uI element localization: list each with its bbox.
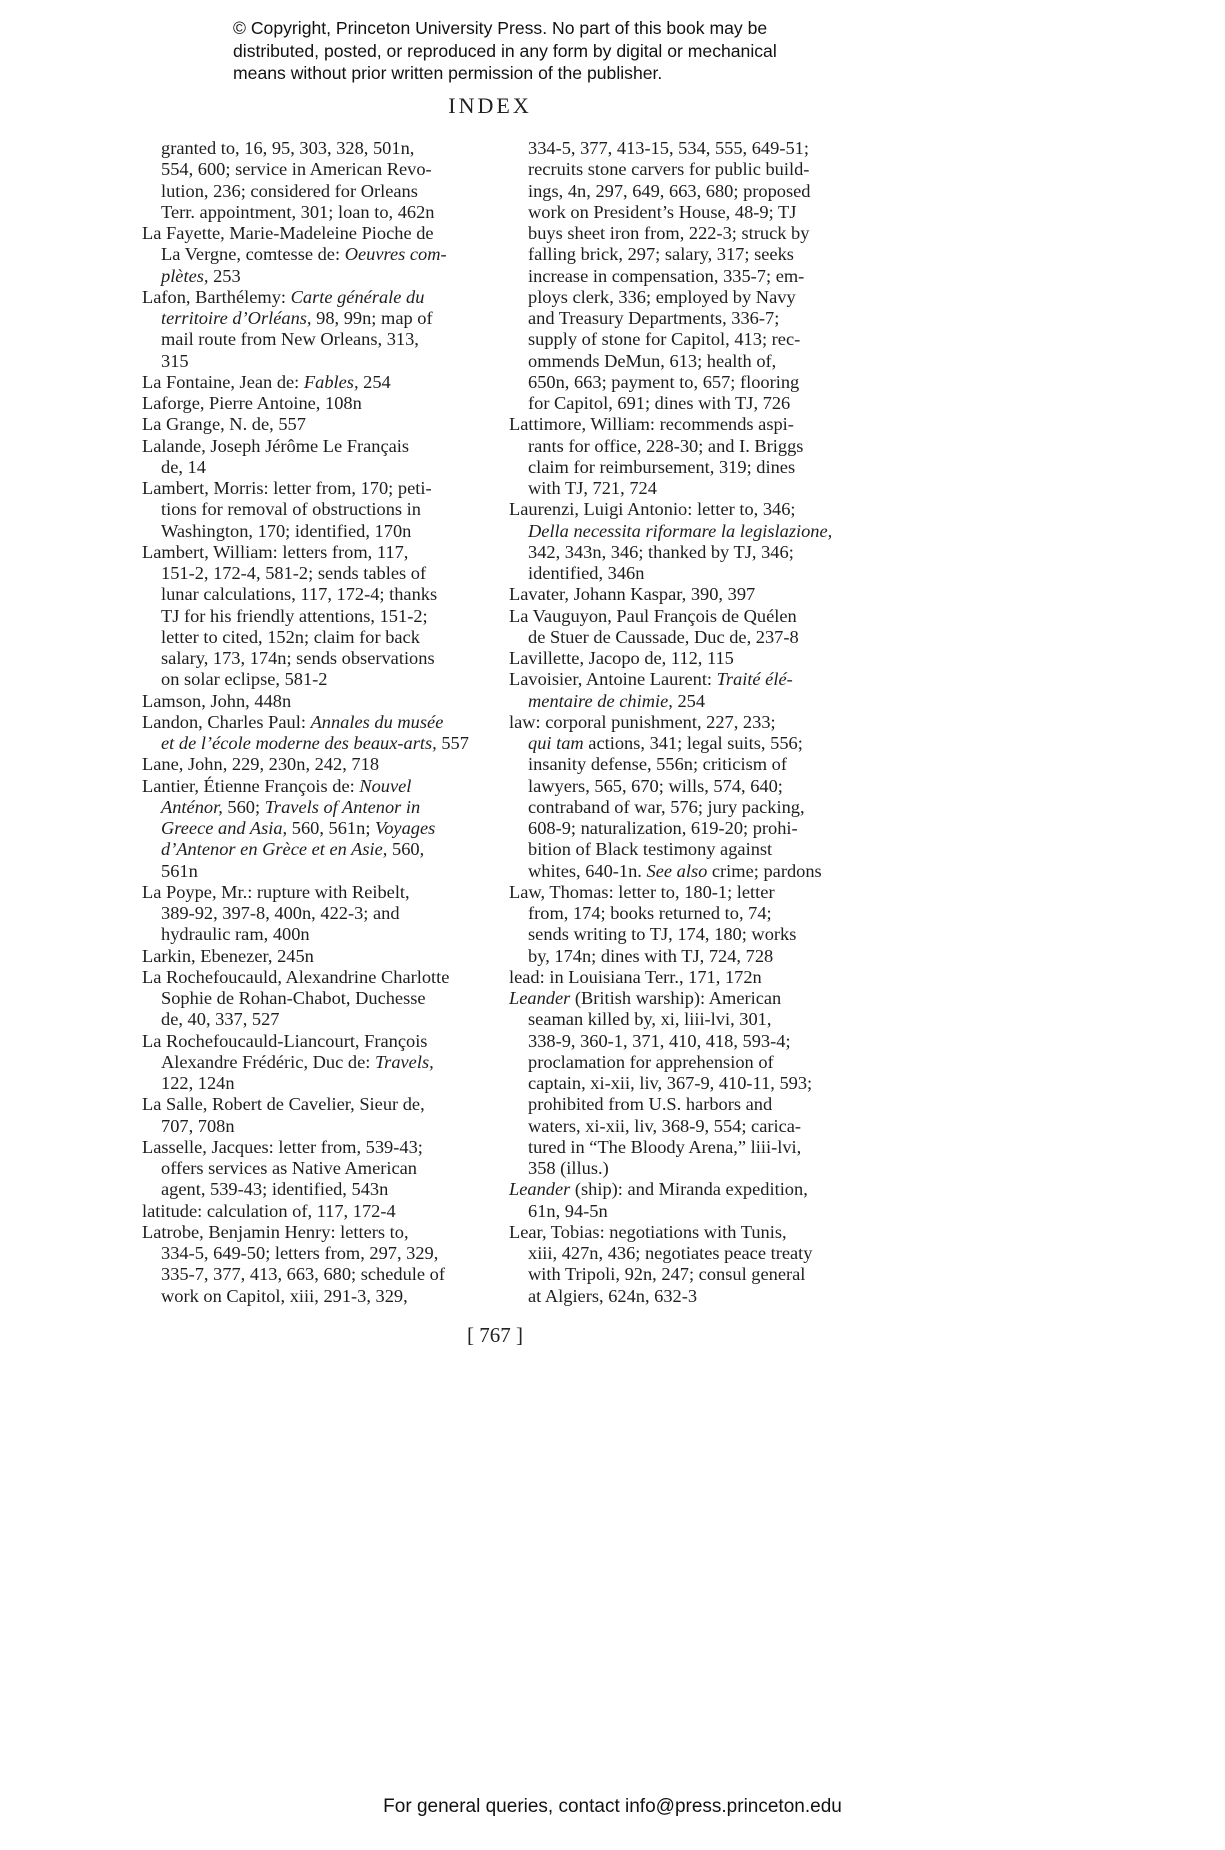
copyright-notice: © Copyright, Princeton University Press.…: [233, 17, 873, 85]
index-entry-line: Lattimore, William: recommends aspi-: [509, 414, 854, 435]
index-entry-line: law: corporal punishment, 227, 233;: [509, 712, 854, 733]
index-entry-line: qui tam actions, 341; legal suits, 556;: [528, 733, 854, 754]
index-entry-line: Sophie de Rohan-Chabot, Duchesse: [161, 988, 512, 1009]
index-entry-line: work on Capitol, xiii, 291-3, 329,: [161, 1286, 512, 1307]
index-entry-line: buys sheet iron from, 222-3; struck by: [528, 223, 854, 244]
index-entry-line: on solar eclipse, 581-2: [161, 669, 512, 690]
index-entry: Leander (British warship): Americanseama…: [509, 988, 854, 1179]
index-entry-line: with TJ, 721, 724: [528, 478, 854, 499]
index-entry: Lafon, Barthélemy: Carte générale duterr…: [142, 287, 512, 372]
index-entry: La Fayette, Marie-Madeleine Pioche deLa …: [142, 223, 512, 287]
index-entry-line: falling brick, 297; salary, 317; seeks: [528, 244, 854, 265]
index-entry-line: tured in “The Bloody Arena,” liii-lvi,: [528, 1137, 854, 1158]
index-entry: Lasselle, Jacques: letter from, 539-43;o…: [142, 1137, 512, 1201]
index-entry-line: at Algiers, 624n, 632-3: [528, 1286, 854, 1307]
index-entry-line: La Grange, N. de, 557: [142, 414, 512, 435]
index-entry: La Salle, Robert de Cavelier, Sieur de,7…: [142, 1094, 512, 1137]
index-entry-line: Leander (British warship): American: [509, 988, 854, 1009]
index-entry-line: waters, xi-xii, liv, 368-9, 554; carica-: [528, 1116, 854, 1137]
index-entry-line: La Fayette, Marie-Madeleine Pioche de: [142, 223, 512, 244]
index-entry-line: de, 14: [161, 457, 512, 478]
index-entry-line: La Vauguyon, Paul François de Quélen: [509, 606, 854, 627]
index-entry: La Rochefoucauld-Liancourt, FrançoisAlex…: [142, 1031, 512, 1095]
index-entry-line: 61n, 94-5n: [528, 1201, 854, 1222]
index-entry-line: TJ for his friendly attentions, 151-2;: [161, 606, 512, 627]
index-entry-line: xiii, 427n, 436; negotiates peace treaty: [528, 1243, 854, 1264]
index-entry: law: corporal punishment, 227, 233;qui t…: [509, 712, 854, 882]
index-entry-line: 650n, 663; payment to, 657; flooring: [528, 372, 854, 393]
index-entry: Lalande, Joseph Jérôme Le Françaisde, 14: [142, 436, 512, 479]
copyright-line: distributed, posted, or reproduced in an…: [233, 40, 873, 63]
index-entry: lead: in Louisiana Terr., 171, 172n: [509, 967, 854, 988]
index-entry: Lavillette, Jacopo de, 112, 115: [509, 648, 854, 669]
index-entry-line: work on President’s House, 48-9; TJ: [528, 202, 854, 223]
index-entry-line: from, 174; books returned to, 74;: [528, 903, 854, 924]
index-entry: Laforge, Pierre Antoine, 108n: [142, 393, 512, 414]
index-entry-line: 315: [161, 351, 512, 372]
index-entry-line: Larkin, Ebenezer, 245n: [142, 946, 512, 967]
index-entry-line: Latrobe, Benjamin Henry: letters to,: [142, 1222, 512, 1243]
copyright-line: © Copyright, Princeton University Press.…: [233, 17, 873, 40]
index-entry-line: 554, 600; service in American Revo-: [161, 159, 512, 180]
index-entry-line: Lamson, John, 448n: [142, 691, 512, 712]
index-entry-line: claim for reimbursement, 319; dines: [528, 457, 854, 478]
index-entry-line: bition of Black testimony against: [528, 839, 854, 860]
index-entry-line: mentaire de chimie, 254: [528, 691, 854, 712]
index-entry-line: Terr. appointment, 301; loan to, 462n: [161, 202, 512, 223]
index-entry-line: sends writing to TJ, 174, 180; works: [528, 924, 854, 945]
index-entry-line: contraband of war, 576; jury packing,: [528, 797, 854, 818]
index-entry-line: Washington, 170; identified, 170n: [161, 521, 512, 542]
index-entry: Lane, John, 229, 230n, 242, 718: [142, 754, 512, 775]
index-entry-line: 122, 124n: [161, 1073, 512, 1094]
index-entry-line: Lear, Tobias: negotiations with Tunis,: [509, 1222, 854, 1243]
index-entry-line: Greece and Asia, 560, 561n; Voyages: [161, 818, 512, 839]
index-entry-line: Lambert, Morris: letter from, 170; peti-: [142, 478, 512, 499]
index-entry-line: 358 (illus.): [528, 1158, 854, 1179]
index-entry: Larkin, Ebenezer, 245n: [142, 946, 512, 967]
index-entry-line: prohibited from U.S. harbors and: [528, 1094, 854, 1115]
index-entry-line: Landon, Charles Paul: Annales du musée: [142, 712, 512, 733]
index-column-left: granted to, 16, 95, 303, 328, 501n,554, …: [142, 138, 512, 1307]
index-entry: Lavoisier, Antoine Laurent: Traité élé-m…: [509, 669, 854, 712]
index-entry-line: La Salle, Robert de Cavelier, Sieur de,: [142, 1094, 512, 1115]
index-entry-line: Lavillette, Jacopo de, 112, 115: [509, 648, 854, 669]
index-entry-line: 389-92, 397-8, 400n, 422-3; and: [161, 903, 512, 924]
index-entry-line: letter to cited, 152n; claim for back: [161, 627, 512, 648]
index-entry-line: agent, 539-43; identified, 543n: [161, 1179, 512, 1200]
index-entry-line: and Treasury Departments, 336-7;: [528, 308, 854, 329]
index-entry-line: Leander (ship): and Miranda expedition,: [509, 1179, 854, 1200]
index-entry: Lavater, Johann Kaspar, 390, 397: [509, 584, 854, 605]
index-entry-line: Lambert, William: letters from, 117,: [142, 542, 512, 563]
index-entry-line: territoire d’Orléans, 98, 99n; map of: [161, 308, 512, 329]
index-entry-line: insanity defense, 556n; criticism of: [528, 754, 854, 775]
index-entry: Lamson, John, 448n: [142, 691, 512, 712]
index-entry-line: Anténor, 560; Travels of Antenor in: [161, 797, 512, 818]
index-entry-line: 342, 343n, 346; thanked by TJ, 346;: [528, 542, 854, 563]
index-entry: Landon, Charles Paul: Annales du muséeet…: [142, 712, 512, 755]
index-entry-line: Laforge, Pierre Antoine, 108n: [142, 393, 512, 414]
index-entry-line: Laurenzi, Luigi Antonio: letter to, 346;: [509, 499, 854, 520]
index-entry-line: ploys clerk, 336; employed by Navy: [528, 287, 854, 308]
index-entry-line: 338-9, 360-1, 371, 410, 418, 593-4;: [528, 1031, 854, 1052]
index-entry-line: La Vergne, comtesse de: Oeuvres com-: [161, 244, 512, 265]
index-entry-line: de, 40, 337, 527: [161, 1009, 512, 1030]
contact-footer: For general queries, contact info@press.…: [0, 1796, 1225, 1818]
page-number: [ 767 ]: [0, 1323, 990, 1348]
running-head: INDEX: [0, 93, 980, 119]
index-entry: Latrobe, Benjamin Henry: letters to,334-…: [142, 1222, 512, 1307]
index-entry-line: 707, 708n: [161, 1116, 512, 1137]
copyright-line: means without prior written permission o…: [233, 62, 873, 85]
index-entry-line: rants for office, 228-30; and I. Briggs: [528, 436, 854, 457]
index-entry-line: ommends DeMun, 613; health of,: [528, 351, 854, 372]
index-entry-line: lawyers, 565, 670; wills, 574, 640;: [528, 776, 854, 797]
index-entry-line: et de l’école moderne des beaux-arts, 55…: [161, 733, 512, 754]
index-entry-line: identified, 346n: [528, 563, 854, 584]
index-entry-line: d’Antenor en Grèce et en Asie, 560,: [161, 839, 512, 860]
index-entry-line: de Stuer de Caussade, Duc de, 237-8: [528, 627, 854, 648]
index-entry-line: Lavoisier, Antoine Laurent: Traité élé-: [509, 669, 854, 690]
index-entry: La Fontaine, Jean de: Fables, 254: [142, 372, 512, 393]
index-entry-line: 151-2, 172-4, 581-2; sends tables of: [161, 563, 512, 584]
index-entry-line: 608-9; naturalization, 619-20; prohi-: [528, 818, 854, 839]
index-entry-line: increase in compensation, 335-7; em-: [528, 266, 854, 287]
index-entry-line: lead: in Louisiana Terr., 171, 172n: [509, 967, 854, 988]
index-entry-line: Lafon, Barthélemy: Carte générale du: [142, 287, 512, 308]
index-entry-line: granted to, 16, 95, 303, 328, 501n,: [161, 138, 512, 159]
index-entry-line: hydraulic ram, 400n: [161, 924, 512, 945]
index-entry-line: 334-5, 377, 413-15, 534, 555, 649-51;: [528, 138, 854, 159]
index-entry-line: recruits stone carvers for public build-: [528, 159, 854, 180]
index-entry: La Vauguyon, Paul François de Quélende S…: [509, 606, 854, 649]
index-entry-line: La Rochefoucauld-Liancourt, François: [142, 1031, 512, 1052]
index-entry: La Rochefoucauld, Alexandrine CharlotteS…: [142, 967, 512, 1031]
index-entry-line: plètes, 253: [161, 266, 512, 287]
index-entry-line: La Poype, Mr.: rupture with Reibelt,: [142, 882, 512, 903]
index-entry-line: lunar calculations, 117, 172-4; thanks: [161, 584, 512, 605]
index-entry-line: 561n: [161, 861, 512, 882]
index-entry: Law, Thomas: letter to, 180-1; letterfro…: [509, 882, 854, 967]
index-entry-line: Lane, John, 229, 230n, 242, 718: [142, 754, 512, 775]
index-entry: Lantier, Étienne François de: NouvelAnté…: [142, 776, 512, 882]
index-entry-line: Lantier, Étienne François de: Nouvel: [142, 776, 512, 797]
index-entry: Lattimore, William: recommends aspi-rant…: [509, 414, 854, 499]
index-entry-line: Della necessita riformare la legislazion…: [528, 521, 854, 542]
index-entry-line: mail route from New Orleans, 313,: [161, 329, 512, 350]
index-entry-continued: 334-5, 377, 413-15, 534, 555, 649-51;rec…: [509, 138, 854, 414]
index-entry: Lambert, William: letters from, 117,151-…: [142, 542, 512, 691]
index-entry-line: for Capitol, 691; dines with TJ, 726: [528, 393, 854, 414]
index-entry-line: tions for removal of obstructions in: [161, 499, 512, 520]
index-entry-line: with Tripoli, 92n, 247; consul general: [528, 1264, 854, 1285]
index-entry: Leander (ship): and Miranda expedition,6…: [509, 1179, 854, 1222]
index-entry-line: La Fontaine, Jean de: Fables, 254: [142, 372, 512, 393]
index-entry-line: 334-5, 649-50; letters from, 297, 329,: [161, 1243, 512, 1264]
index-entry: Lear, Tobias: negotiations with Tunis,xi…: [509, 1222, 854, 1307]
index-entry-line: Lasselle, Jacques: letter from, 539-43;: [142, 1137, 512, 1158]
index-column-right: 334-5, 377, 413-15, 534, 555, 649-51;rec…: [509, 138, 854, 1307]
index-entry-line: lution, 236; considered for Orleans: [161, 181, 512, 202]
index-entry: La Grange, N. de, 557: [142, 414, 512, 435]
index-entry-line: ings, 4n, 297, 649, 663, 680; proposed: [528, 181, 854, 202]
index-entry-line: La Rochefoucauld, Alexandrine Charlotte: [142, 967, 512, 988]
index-entry-line: salary, 173, 174n; sends observations: [161, 648, 512, 669]
index-entry-line: offers services as Native American: [161, 1158, 512, 1179]
index-entry: Laurenzi, Luigi Antonio: letter to, 346;…: [509, 499, 854, 584]
index-entry-line: latitude: calculation of, 117, 172-4: [142, 1201, 512, 1222]
index-entry-continued: granted to, 16, 95, 303, 328, 501n,554, …: [142, 138, 512, 223]
index-entry-line: captain, xi-xii, liv, 367-9, 410-11, 593…: [528, 1073, 854, 1094]
index-entry-line: Alexandre Frédéric, Duc de: Travels,: [161, 1052, 512, 1073]
index-entry: La Poype, Mr.: rupture with Reibelt,389-…: [142, 882, 512, 946]
index-entry-line: whites, 640-1n. See also crime; pardons: [528, 861, 854, 882]
index-entry-line: seaman killed by, xi, liii-lvi, 301,: [528, 1009, 854, 1030]
index-entry-line: proclamation for apprehension of: [528, 1052, 854, 1073]
index-entry: latitude: calculation of, 117, 172-4: [142, 1201, 512, 1222]
index-entry-line: 335-7, 377, 413, 663, 680; schedule of: [161, 1264, 512, 1285]
index-entry-line: Law, Thomas: letter to, 180-1; letter: [509, 882, 854, 903]
index-entry-line: by, 174n; dines with TJ, 724, 728: [528, 946, 854, 967]
index-entry-line: Lalande, Joseph Jérôme Le Français: [142, 436, 512, 457]
index-entry: Lambert, Morris: letter from, 170; peti-…: [142, 478, 512, 542]
index-entry-line: supply of stone for Capitol, 413; rec-: [528, 329, 854, 350]
index-entry-line: Lavater, Johann Kaspar, 390, 397: [509, 584, 854, 605]
